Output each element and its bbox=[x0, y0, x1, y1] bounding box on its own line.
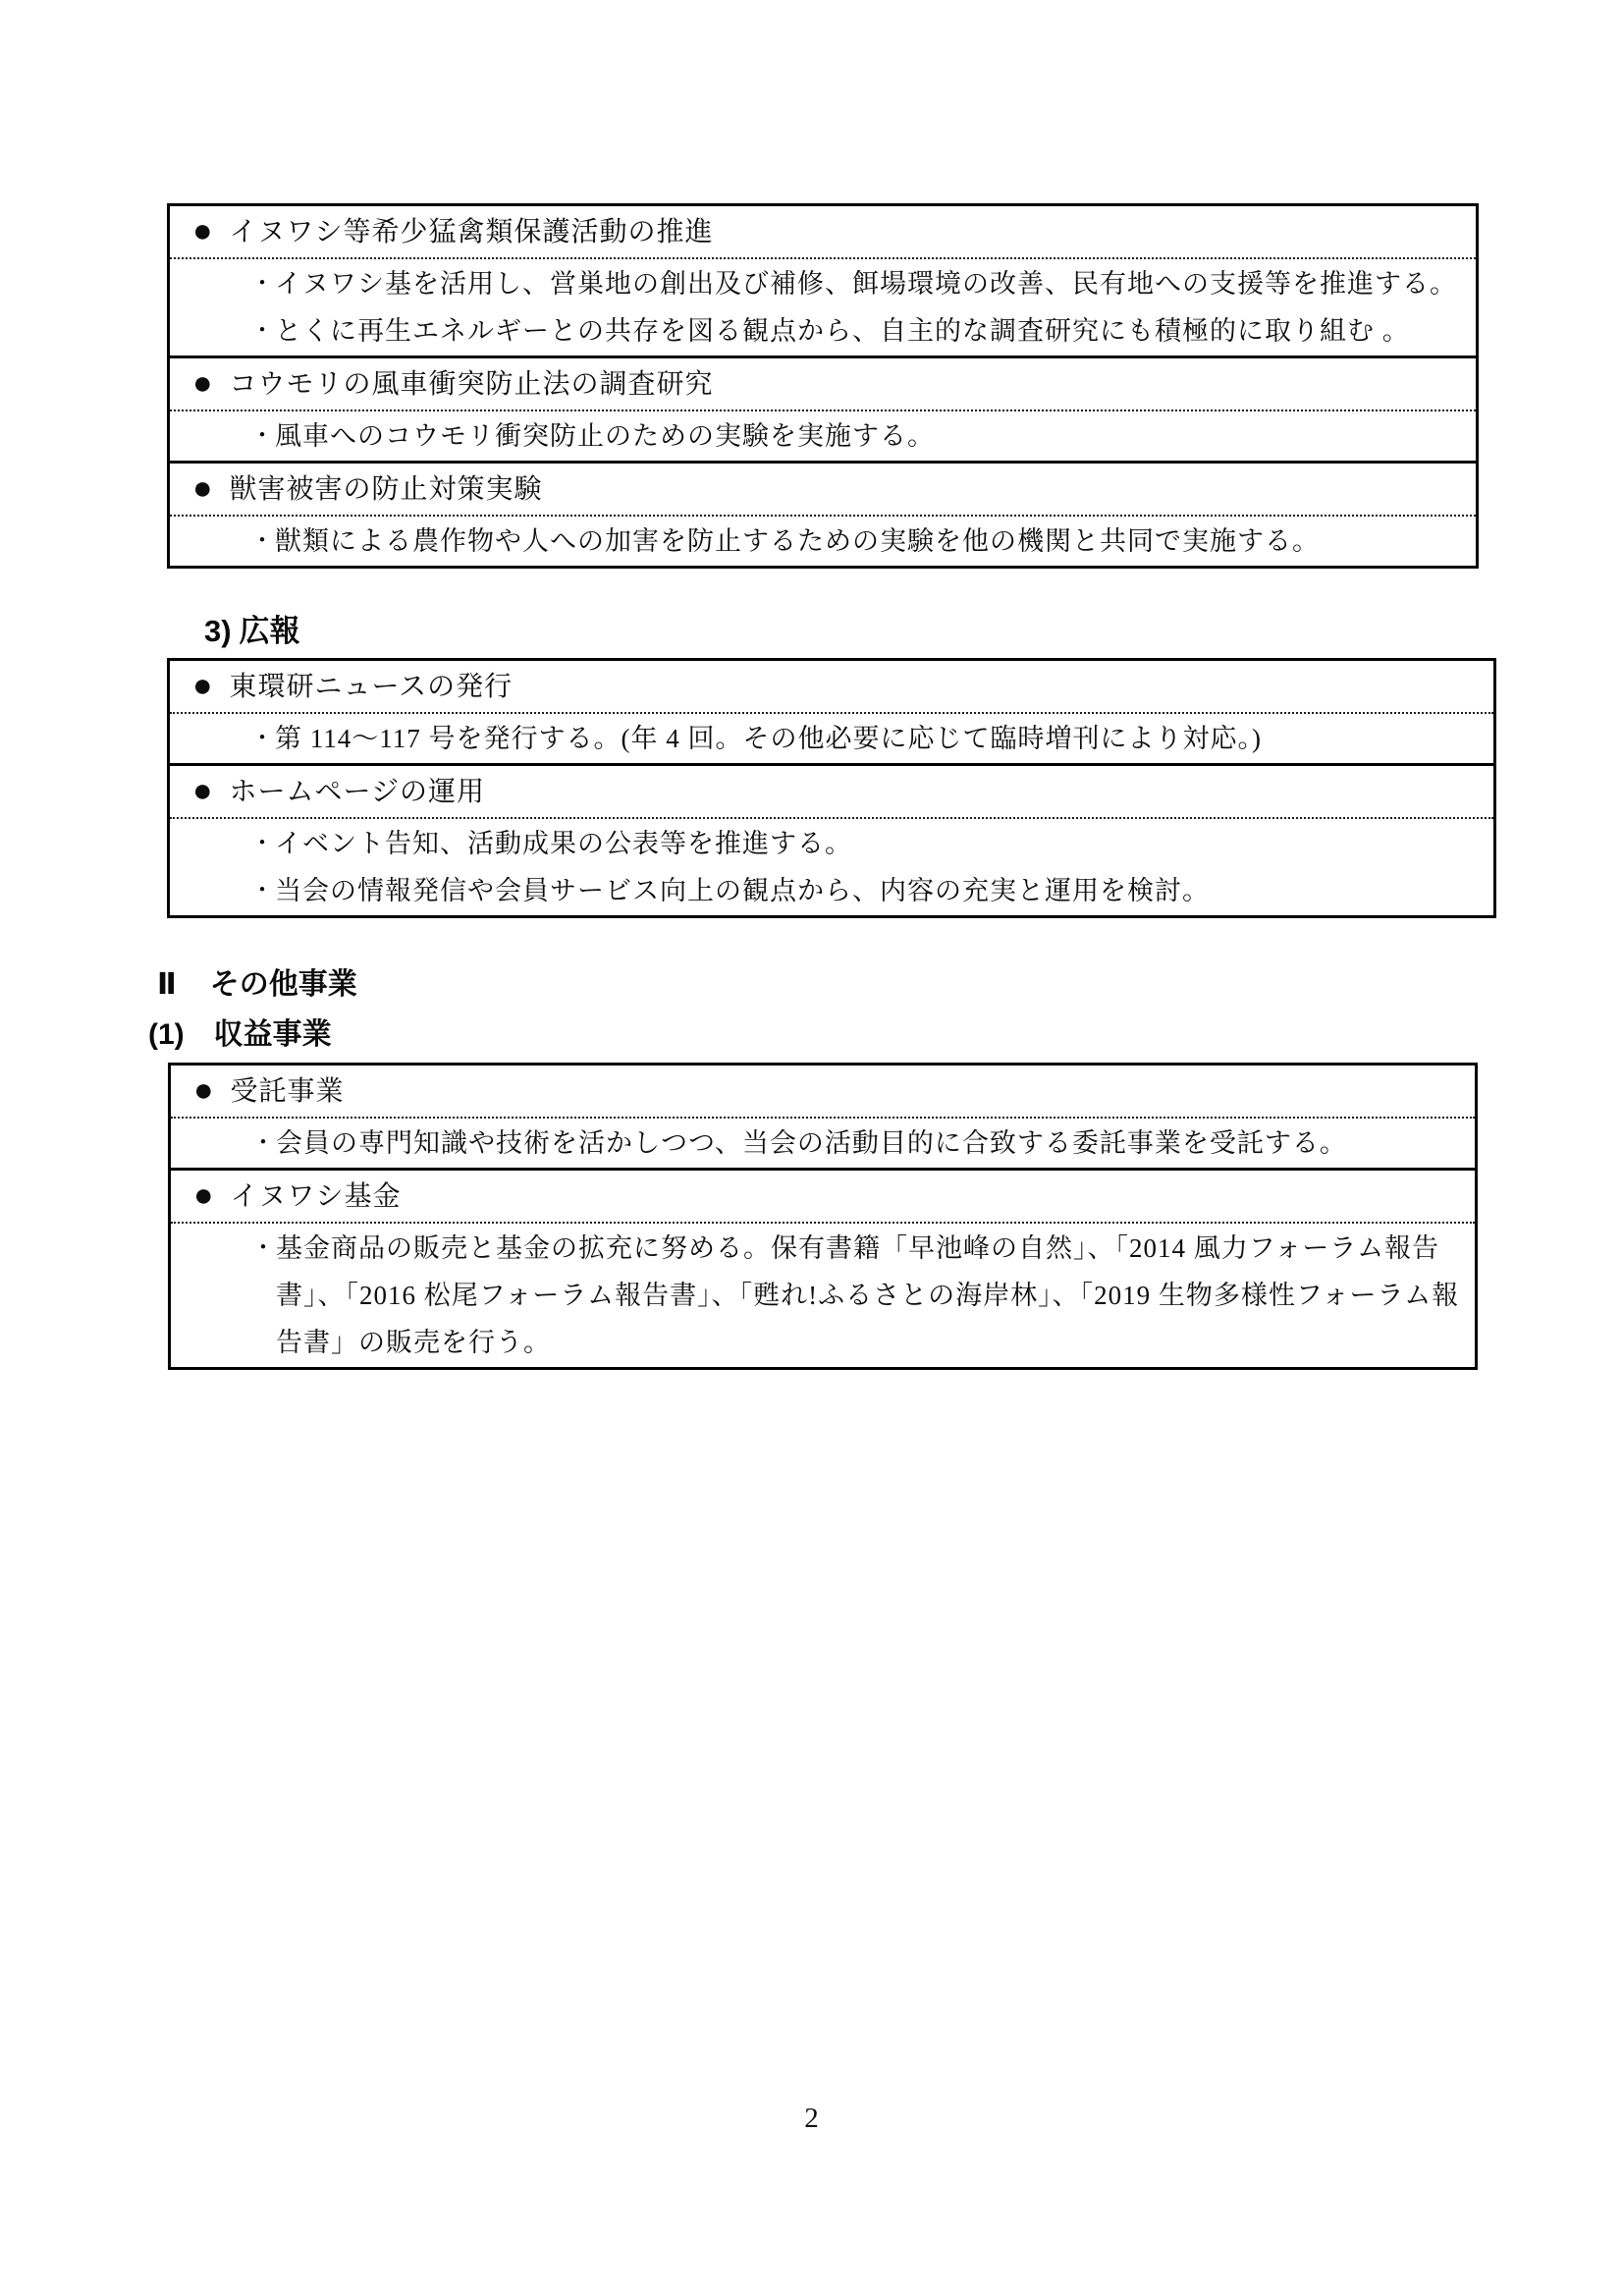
heading-other-business: Ⅱ その他事業 bbox=[157, 967, 357, 1003]
item-bullet-icon: ・ bbox=[250, 307, 275, 355]
bullet-text: イベント告知、活動成果の公表等を推進する。 bbox=[275, 820, 852, 867]
section-homepage-operation: ● ホームページの運用 ・ イベント告知、活動成果の公表等を推進する。 ・ 当会… bbox=[170, 763, 1493, 915]
heading-number: Ⅱ bbox=[157, 967, 177, 1003]
heading-number: 3) bbox=[204, 613, 232, 650]
item-bullet-icon: ・ bbox=[250, 820, 275, 867]
bullet-item: ・ 獣類による農作物や人への加害を防止するための実験を他の機関と共同で実施する。 bbox=[170, 518, 1476, 565]
bullet-text: 第 114〜117 号を発行する。(年 4 回。その他必要に応じて臨時増刊により… bbox=[275, 715, 1262, 762]
section-body: ・ イヌワシ基を活用し、営巣地の創出及び補修、餌場環境の改善、民有地への支援等を… bbox=[170, 257, 1476, 355]
bullet-text: 当会の情報発信や会員サービス向上の観点から、内容の充実と運用を検討。 bbox=[275, 867, 1210, 914]
section-bullet-icon: ● bbox=[193, 1077, 215, 1105]
section-header-row: ● 受託事業 bbox=[171, 1066, 1475, 1117]
item-bullet-icon: ・ bbox=[250, 518, 275, 565]
section-bullet-icon: ● bbox=[192, 475, 214, 503]
section-title: 東環研ニュースの発行 bbox=[230, 671, 514, 703]
section-bullet-icon: ● bbox=[192, 673, 214, 700]
table-conservation-activities: ● イヌワシ等希少猛禽類保護活動の推進 ・ イヌワシ基を活用し、営巣地の創出及び… bbox=[167, 203, 1479, 569]
heading-label: その他事業 bbox=[210, 967, 357, 1003]
bullet-item: ・ イベント告知、活動成果の公表等を推進する。 bbox=[170, 820, 1493, 867]
section-header-row: ● 東環研ニュースの発行 bbox=[170, 661, 1493, 712]
section-bullet-icon: ● bbox=[193, 1182, 215, 1210]
section-body: ・ 会員の専門知識や技術を活かしつつ、当会の活動目的に合致する委託事業を受託する… bbox=[171, 1117, 1475, 1168]
bullet-item: ・ 第 114〜117 号を発行する。(年 4 回。その他必要に応じて臨時増刊に… bbox=[170, 715, 1493, 762]
bullet-item: ・ とくに再生エネルギーとの共存を図る観点から、自主的な調査研究にも積極的に取り… bbox=[170, 307, 1476, 355]
section-header-row: ● 獣害被害の防止対策実験 bbox=[170, 464, 1476, 515]
heading-label: 広報 bbox=[240, 613, 300, 650]
item-bullet-icon: ・ bbox=[250, 867, 275, 914]
bullet-text: 会員の専門知識や技術を活かしつつ、当会の活動目的に合致する委託事業を受託する。 bbox=[276, 1120, 1347, 1167]
heading-number: (1) bbox=[148, 1017, 185, 1053]
heading-label: 収益事業 bbox=[214, 1017, 332, 1053]
section-body: ・ 第 114〜117 号を発行する。(年 4 回。その他必要に応じて臨時増刊に… bbox=[170, 712, 1493, 763]
table-public-relations: ● 東環研ニュースの発行 ・ 第 114〜117 号を発行する。(年 4 回。そ… bbox=[167, 658, 1496, 918]
section-header-row: ● ホームページの運用 bbox=[170, 766, 1493, 817]
section-title: コウモリの風車衝突防止法の調査研究 bbox=[230, 368, 714, 401]
item-bullet-icon: ・ bbox=[250, 412, 275, 460]
section-bullet-icon: ● bbox=[192, 778, 214, 805]
section-body: ・ 風車へのコウモリ衝突防止のための実験を実施する。 bbox=[170, 410, 1476, 461]
item-bullet-icon: ・ bbox=[250, 715, 275, 762]
section-header-row: ● コウモリの風車衝突防止法の調査研究 bbox=[170, 358, 1476, 410]
section-contract-business: ● 受託事業 ・ 会員の専門知識や技術を活かしつつ、当会の活動目的に合致する委託… bbox=[171, 1066, 1475, 1168]
bullet-text: とくに再生エネルギーとの共存を図る観点から、自主的な調査研究にも積極的に取り組む… bbox=[275, 307, 1410, 355]
section-title: 獣害被害の防止対策実験 bbox=[230, 473, 543, 506]
heading-public-relations: 3) 広報 bbox=[204, 613, 300, 650]
bullet-item: ・ 会員の専門知識や技術を活かしつつ、当会の活動目的に合致する委託事業を受託する… bbox=[171, 1120, 1475, 1167]
section-header-row: ● イヌワシ基金 bbox=[171, 1171, 1475, 1222]
heading-profit-business: (1) 収益事業 bbox=[148, 1017, 332, 1053]
item-bullet-icon: ・ bbox=[250, 260, 275, 307]
section-bullet-icon: ● bbox=[192, 370, 214, 398]
section-inuwashi-protection: ● イヌワシ等希少猛禽類保護活動の推進 ・ イヌワシ基を活用し、営巣地の創出及び… bbox=[170, 206, 1476, 355]
section-animal-damage-prevention: ● 獣害被害の防止対策実験 ・ 獣類による農作物や人への加害を防止するための実験… bbox=[170, 461, 1476, 566]
bullet-text: 風車へのコウモリ衝突防止のための実験を実施する。 bbox=[275, 412, 935, 460]
table-profit-business: ● 受託事業 ・ 会員の専門知識や技術を活かしつつ、当会の活動目的に合致する委託… bbox=[168, 1063, 1478, 1370]
bullet-text: 獣類による農作物や人への加害を防止するための実験を他の機関と共同で実施する。 bbox=[275, 518, 1320, 565]
section-body: ・ 獣類による農作物や人への加害を防止するための実験を他の機関と共同で実施する。 bbox=[170, 515, 1476, 566]
section-header-row: ● イヌワシ等希少猛禽類保護活動の推進 bbox=[170, 206, 1476, 257]
bullet-text: 基金商品の販売と基金の拡充に努める。保有書籍「早池峰の自然」、「2014 風力フ… bbox=[276, 1225, 1469, 1366]
section-title: イヌワシ等希少猛禽類保護活動の推進 bbox=[230, 216, 714, 248]
section-body: ・ 基金商品の販売と基金の拡充に努める。保有書籍「早池峰の自然」、「2014 風… bbox=[171, 1222, 1475, 1367]
section-news-publication: ● 東環研ニュースの発行 ・ 第 114〜117 号を発行する。(年 4 回。そ… bbox=[170, 661, 1493, 763]
section-title: ホームページの運用 bbox=[230, 776, 485, 808]
section-bullet-icon: ● bbox=[192, 218, 214, 246]
section-title: イヌワシ基金 bbox=[231, 1180, 402, 1213]
item-bullet-icon: ・ bbox=[251, 1120, 276, 1167]
bullet-item: ・ 風車へのコウモリ衝突防止のための実験を実施する。 bbox=[170, 412, 1476, 460]
section-inuwashi-fund: ● イヌワシ基金 ・ 基金商品の販売と基金の拡充に努める。保有書籍「早池峰の自然… bbox=[171, 1168, 1475, 1367]
page-number: 2 bbox=[0, 2102, 1623, 2135]
section-title: 受託事業 bbox=[231, 1075, 345, 1108]
bullet-text: イヌワシ基を活用し、営巣地の創出及び補修、餌場環境の改善、民有地への支援等を推進… bbox=[275, 260, 1457, 307]
bullet-item: ・ 当会の情報発信や会員サービス向上の観点から、内容の充実と運用を検討。 bbox=[170, 867, 1493, 914]
item-bullet-icon: ・ bbox=[251, 1225, 276, 1366]
section-body: ・ イベント告知、活動成果の公表等を推進する。 ・ 当会の情報発信や会員サービス… bbox=[170, 817, 1493, 915]
document-page: ● イヌワシ等希少猛禽類保護活動の推進 ・ イヌワシ基を活用し、営巣地の創出及び… bbox=[0, 0, 1623, 2296]
bullet-item: ・ 基金商品の販売と基金の拡充に努める。保有書籍「早池峰の自然」、「2014 風… bbox=[171, 1225, 1475, 1366]
section-bat-collision-research: ● コウモリの風車衝突防止法の調査研究 ・ 風車へのコウモリ衝突防止のための実験… bbox=[170, 355, 1476, 461]
bullet-item: ・ イヌワシ基を活用し、営巣地の創出及び補修、餌場環境の改善、民有地への支援等を… bbox=[170, 260, 1476, 307]
